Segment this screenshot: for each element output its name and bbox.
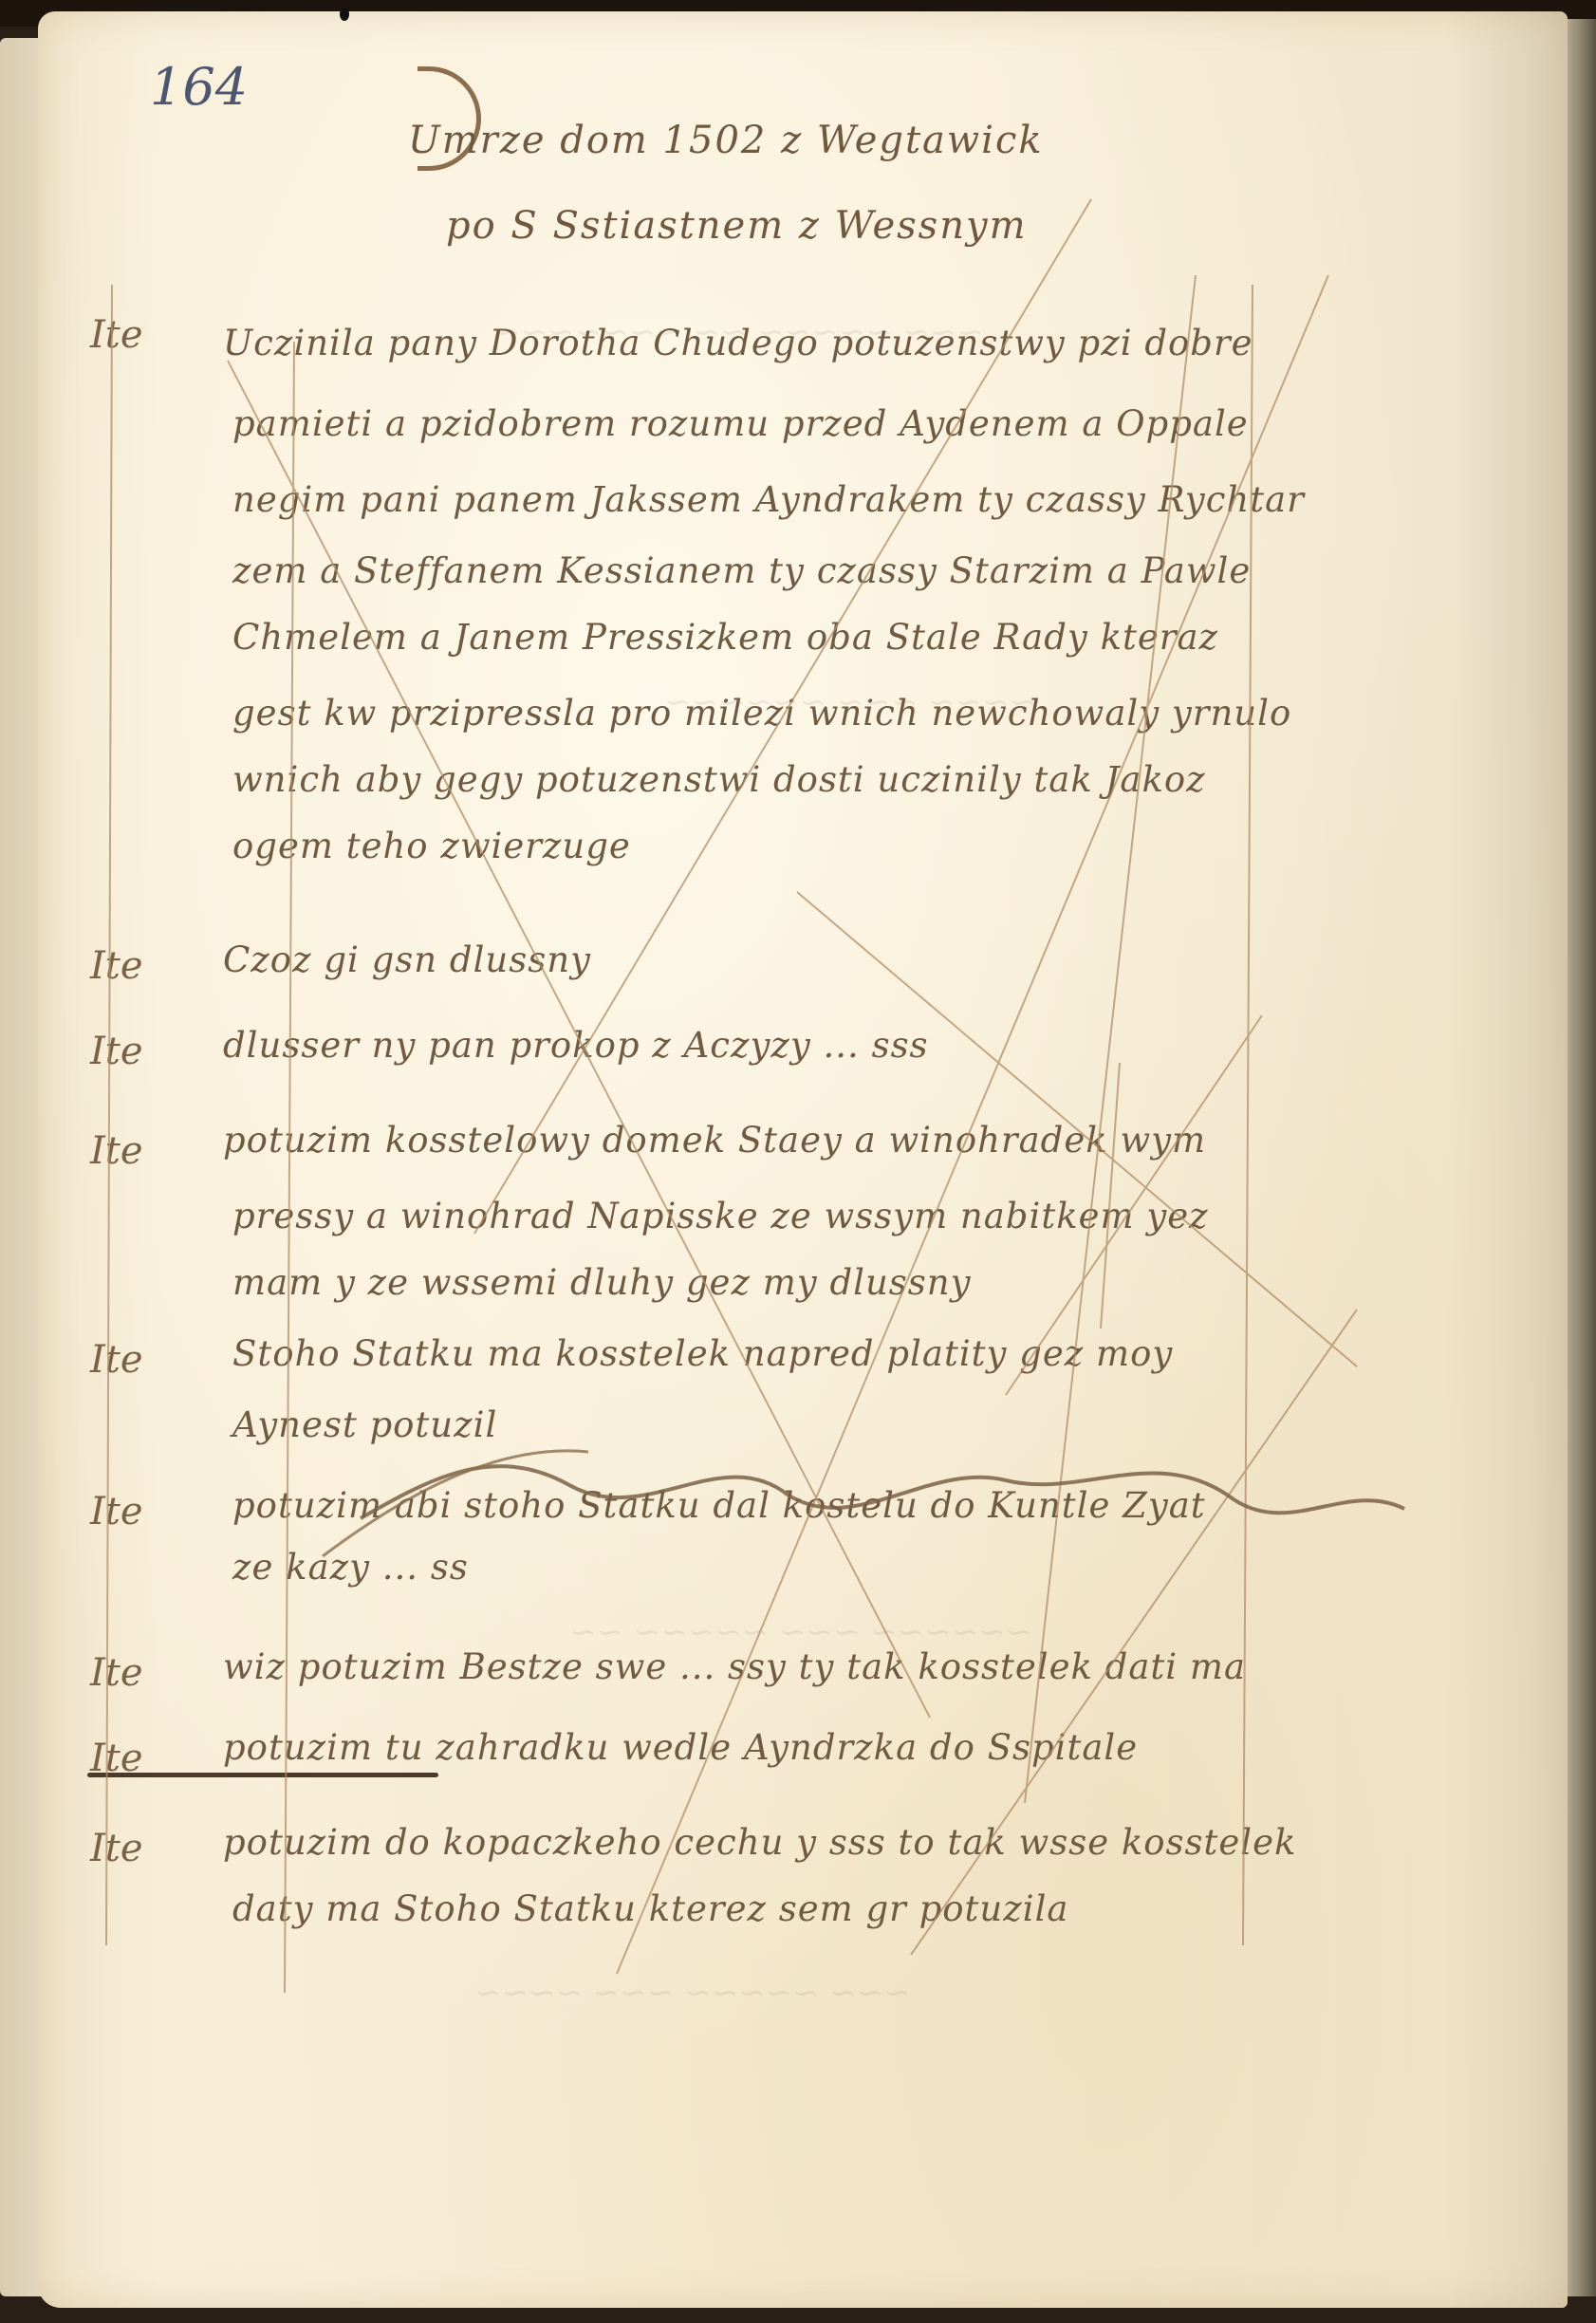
entry-line: gest kw przipressla pro milezi wnich new… (232, 693, 1291, 734)
item-marker: Ite (90, 1030, 143, 1073)
entry-line: potuzim tu zahradku wedle Ayndrzka do Ss… (223, 1727, 1138, 1768)
entry-line: Czoz gi gsn dlussny (223, 939, 591, 980)
entry-line: wiz potuzim Bestze swe ... ssy ty tak ko… (223, 1646, 1246, 1687)
entry-line: daty ma Stoho Statku kterez sem gr potuz… (232, 1888, 1068, 1929)
entry-line: mam y ze wssemi dluhy gez my dlussny (232, 1262, 972, 1303)
entry-line: Stoho Statku ma kosstelek napred platity… (232, 1333, 1173, 1374)
binding-hole (340, 8, 349, 21)
entry-line: negim pani panem Jakssem Ayndrakem ty cz… (232, 479, 1305, 520)
entry-line: dlusser ny pan prokop z Aczyzy ... sss (223, 1025, 929, 1066)
entry-line: wnich aby gegy potuzenstwi dosti uczinil… (232, 759, 1206, 800)
entry-line: ze kazy ... ss (232, 1547, 469, 1588)
heading-line-1: Umrze dom 1502 z Wegtawick (408, 119, 1044, 162)
item-marker: Ite (90, 1651, 143, 1695)
item-marker: Ite (90, 313, 143, 357)
item-marker: Ite (90, 1129, 143, 1173)
folio-number: 164 (150, 57, 248, 117)
bleed-through-text: ~~~~~~ ~~~ ~~~~~ ~~ (569, 1613, 1032, 1651)
entry-line: potuzim do kopaczkeho cechu y sss to tak… (223, 1822, 1296, 1863)
entry-line: zem a Steffanem Kessianem ty czassy Star… (232, 550, 1251, 591)
entry-line: Chmelem a Janem Pressizkem oba Stale Rad… (232, 617, 1218, 658)
entry-line: Uczinila pany Dorotha Chudego potuzenstw… (223, 323, 1253, 363)
item-marker: Ite (90, 1338, 143, 1382)
entry-line: potuzim kosstelowy domek Staey a winohra… (223, 1120, 1206, 1161)
bleed-through-text: ~~~ ~~~~~ ~~~ ~~~~ (474, 1974, 911, 2012)
entry-line: potuzim abi stoho Statku dal kostelu do … (232, 1485, 1206, 1526)
item-marker: Ite (90, 944, 143, 988)
entry-line: pressy a winohrad Napisske ze wssym nabi… (232, 1196, 1209, 1236)
entry-line: pamieti a pzidobrem rozumu przed Aydenem… (232, 403, 1249, 444)
entry-line: Aynest potuzil (232, 1404, 497, 1445)
separator-rule (87, 1773, 438, 1777)
entry-line: ogem teho zwierzuge (232, 826, 631, 866)
heading-line-2: po S Sstiastnem z Wessnym (446, 204, 1028, 248)
item-marker: Ite (90, 1827, 143, 1870)
item-marker: Ite (90, 1490, 143, 1533)
